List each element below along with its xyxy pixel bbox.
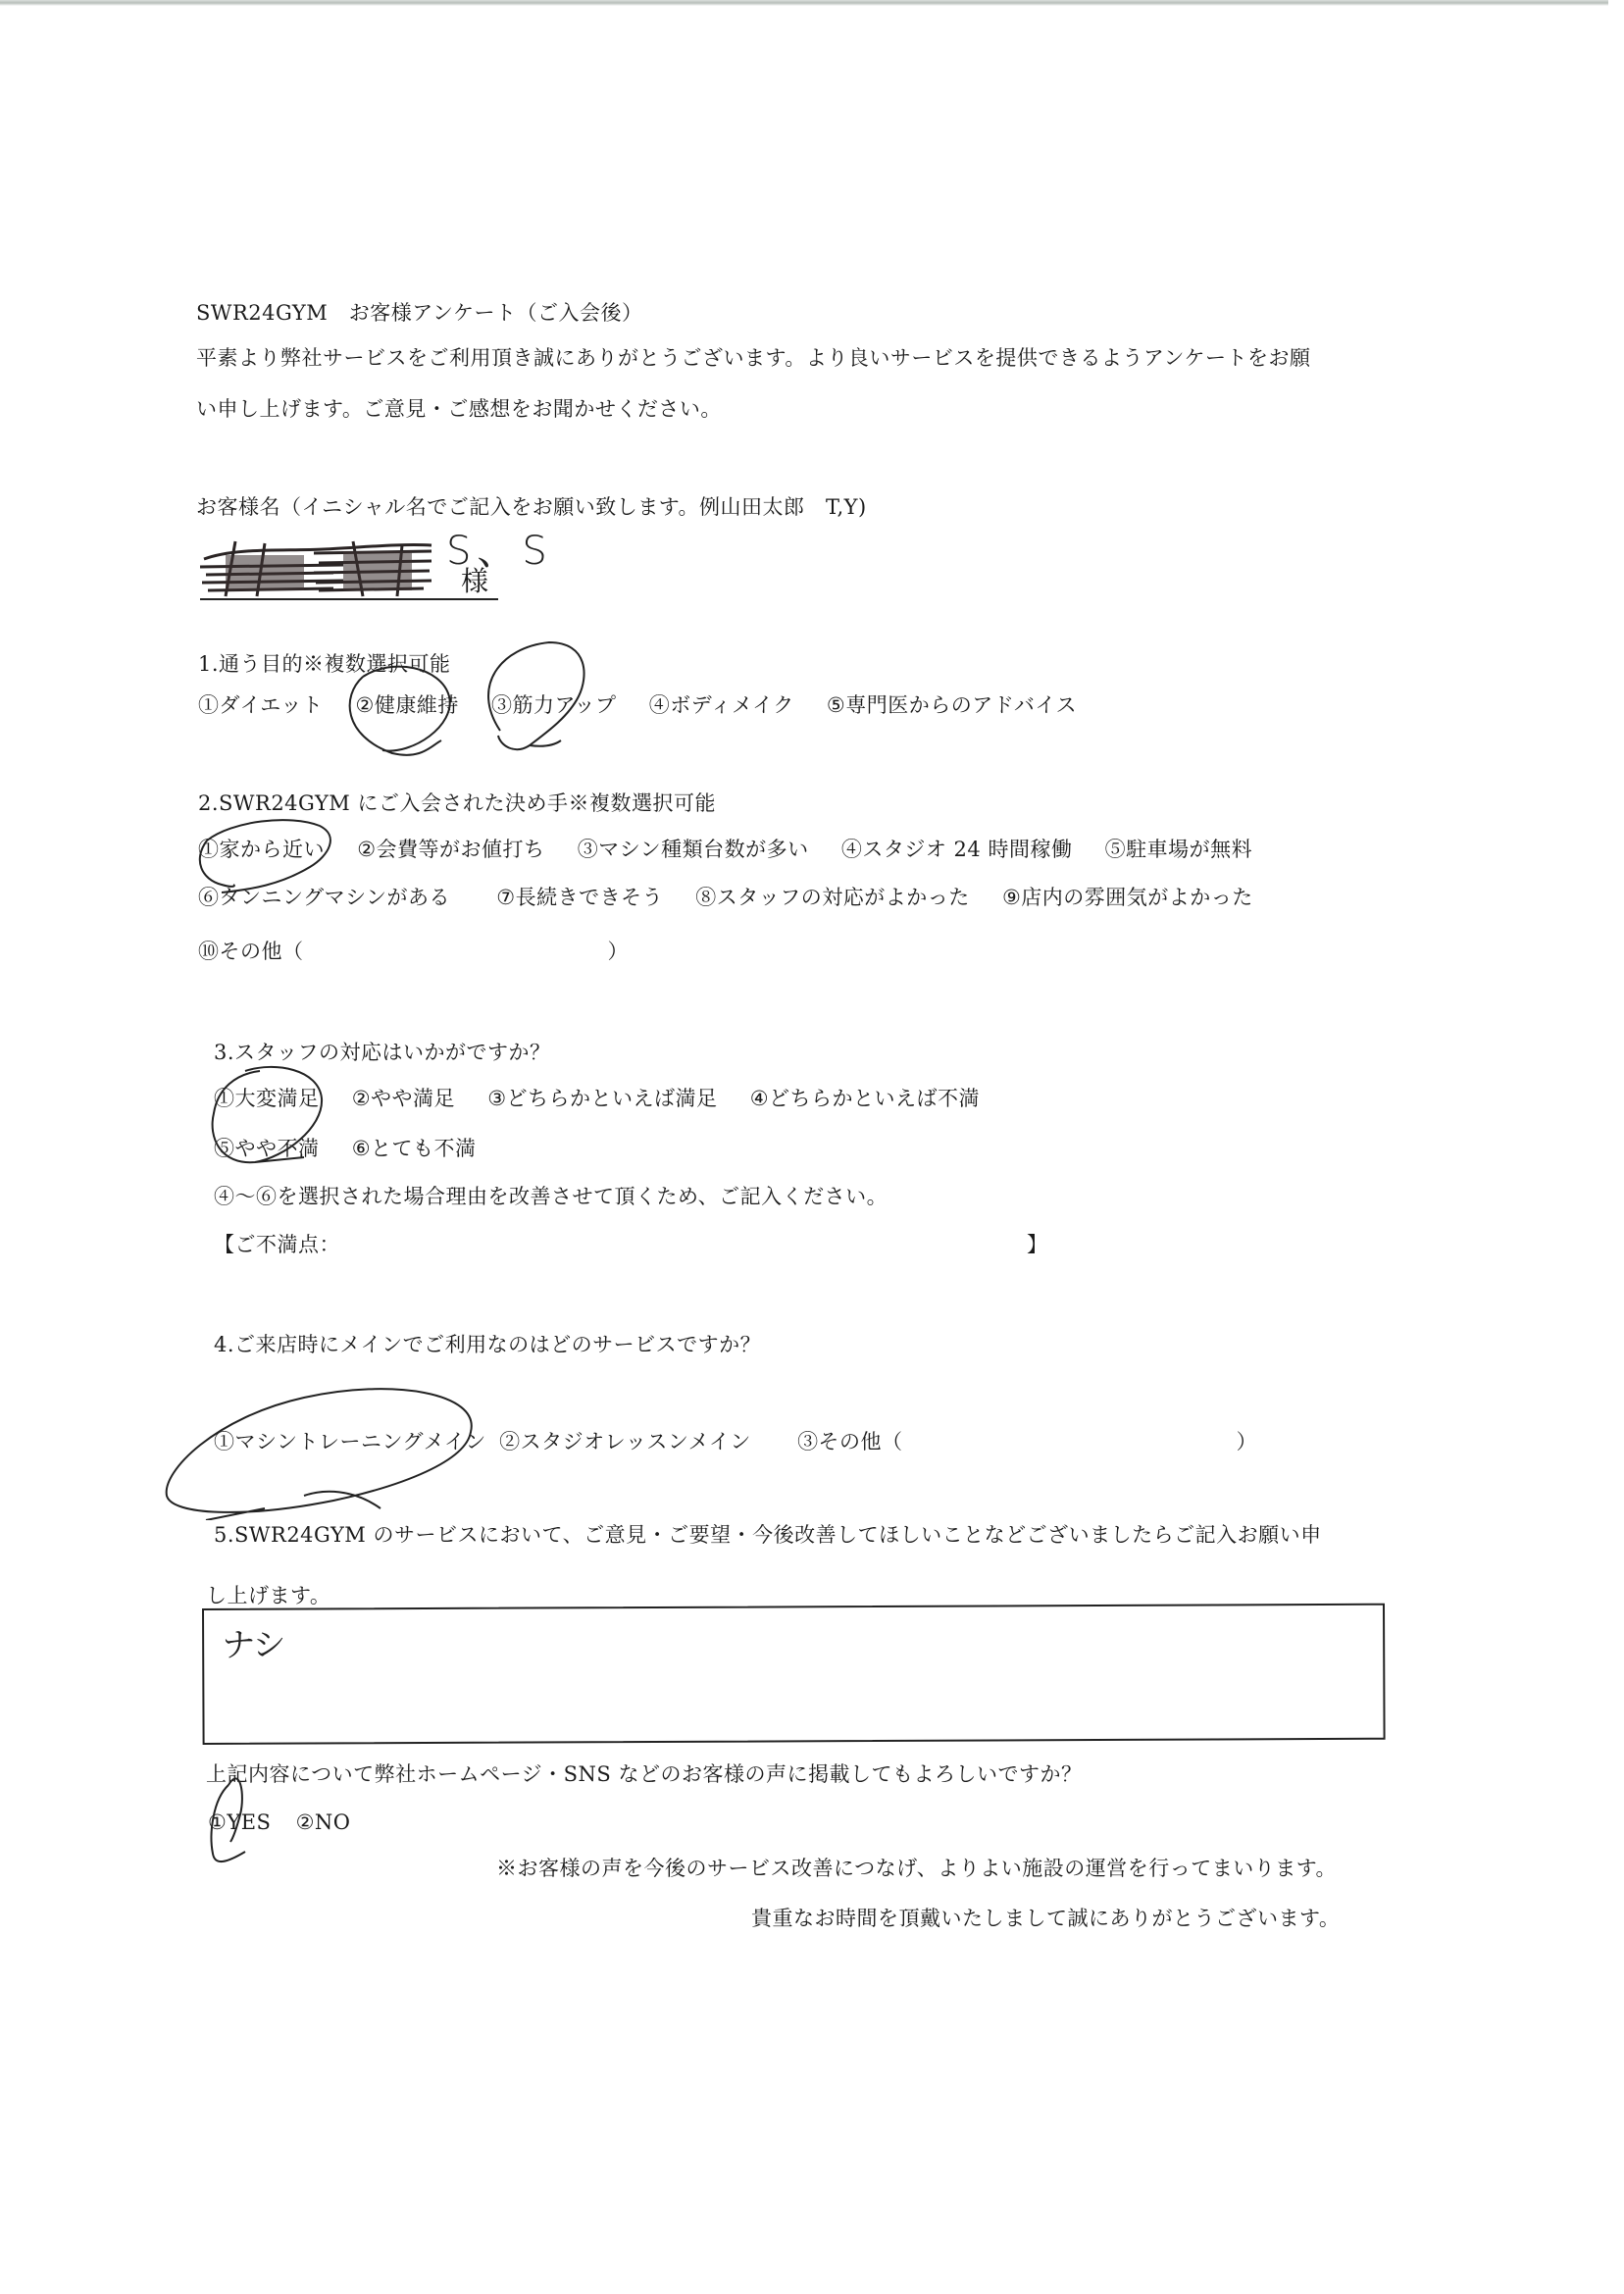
q2-option-3[interactable]: ③マシン種類台数が多い — [578, 838, 809, 861]
q1-option-5[interactable]: ⑤専門医からのアドバイス — [827, 693, 1077, 717]
q2-other-label: ⑩その他（ — [198, 940, 304, 963]
q3-note: ④～⑥を選択された場合理由を改善させて頂くため、ご記入ください。 — [214, 1184, 888, 1209]
q5-answer-text: ナシ — [222, 1618, 284, 1666]
q5-heading-line-2: し上げます。 — [206, 1583, 330, 1608]
q1-option-1[interactable]: ①ダイエット — [198, 693, 323, 717]
q4-option-1[interactable]: ①マシントレーニングメイン — [214, 1430, 486, 1453]
consent-options: ①YES ②NO — [208, 1810, 351, 1835]
q2-option-8[interactable]: ⑧スタッフの対応がよかった — [695, 886, 970, 909]
intro-line-1: 平素より弊社サービスをご利用頂き誠にありがとうございます。より良いサービスを提供… — [196, 345, 1311, 371]
q2-row-2: ⑥タンニングマシンがある ⑦長続きできそう ⑧スタッフの対応がよかった ⑨店内の… — [198, 885, 1279, 910]
q2-option-1[interactable]: ①家から近い — [198, 838, 325, 861]
name-underline — [200, 598, 498, 600]
intro-line-2: い申し上げます。ご意見・ご感想をお聞かせください。 — [196, 396, 722, 422]
q3-complaint: 【ご不満点：】 — [214, 1232, 1048, 1257]
q2-option-4[interactable]: ④スタジオ 24 時間稼働 — [841, 838, 1073, 861]
q3-option-6[interactable]: ⑥とても不満 — [352, 1137, 477, 1160]
consent-option-no[interactable]: ②NO — [296, 1810, 351, 1834]
q2-option-7[interactable]: ⑦長続きできそう — [496, 886, 663, 909]
q4-option-2[interactable]: ②スタジオレッスンメイン — [499, 1430, 751, 1453]
q4-options: ①マシントレーニングメイン ②スタジオレッスンメイン ③その他（） — [214, 1429, 1257, 1454]
q4-heading: 4.ご来店時にメインでご利用なのはどのサービスですか？ — [214, 1332, 761, 1357]
q4-other-close: ） — [1237, 1430, 1258, 1453]
q4-other-label: ③その他（ — [797, 1430, 903, 1453]
consent-question: 上記内容について弊社ホームページ・SNS などのお客様の声に掲載してもよろしいで… — [206, 1761, 1082, 1787]
q5-answer-box[interactable]: ナシ — [202, 1604, 1386, 1745]
q3-option-2[interactable]: ②やや満足 — [352, 1087, 455, 1110]
q3-option-1[interactable]: ①大変満足 — [214, 1087, 320, 1110]
q2-other: ⑩その他（） — [198, 939, 629, 964]
honorific-sama: 様 — [461, 567, 489, 596]
q5-heading-line-1: 5.SWR24GYM のサービスにおいて、ご意見・ご要望・今後改善してほしいこと… — [214, 1522, 1322, 1548]
q3-heading: 3.スタッフの対応はいかがですか？ — [214, 1040, 551, 1065]
q2-heading: 2.SWR24GYM にご入会された決め手※複数選択可能 — [198, 790, 716, 816]
q3-complaint-label: 【ご不満点： — [214, 1233, 340, 1256]
q2-option-2[interactable]: ②会費等がお値打ち — [357, 838, 544, 861]
q2-option-6[interactable]: ⑥タンニングマシンがある — [198, 886, 450, 909]
customer-name-label: お客様名（イニシャル名でご記入をお願い致します。例山田太郎 T,Y) — [196, 494, 867, 520]
scan-edge — [0, 0, 1608, 6]
q2-row-1: ①家から近い ②会費等がお値打ち ③マシン種類台数が多い ④スタジオ 24 時間… — [198, 837, 1278, 862]
q1-options: ①ダイエット ②健康維持 ③筋力アップ ④ボディメイク ⑤専門医からのアドバイス — [198, 692, 1102, 718]
q1-heading: 1.通う目的※複数選択可能 — [198, 651, 451, 677]
q3-row-1: ①大変満足 ②やや満足 ③どちらかといえば満足 ④どちらかといえば不満 — [214, 1086, 1005, 1111]
q1-option-2[interactable]: ②健康維持 — [356, 693, 459, 717]
q2-other-close: ） — [608, 940, 630, 963]
q3-row-2: ⑤やや不満 ⑥とても不満 — [214, 1136, 502, 1161]
q3-option-4[interactable]: ④どちらかといえば不満 — [750, 1087, 980, 1110]
q3-complaint-close: 】 — [1027, 1233, 1048, 1256]
closing-line-2: 貴重なお時間を頂戴いたしまして誠にありがとうございます。 — [751, 1906, 1340, 1931]
q1-option-4[interactable]: ④ボディメイク — [649, 693, 794, 717]
q3-option-5[interactable]: ⑤やや不満 — [214, 1137, 320, 1160]
q1-option-3[interactable]: ③筋力アップ — [491, 693, 617, 717]
q3-option-3[interactable]: ③どちらかといえば満足 — [487, 1087, 717, 1110]
redacted-name-scribble — [196, 537, 441, 598]
q2-option-9[interactable]: ⑨店内の雰囲気がよかった — [1002, 886, 1253, 909]
closing-line-1: ※お客様の声を今後のサービス改善につなげ、よりよい施設の運営を行ってまいります。 — [496, 1856, 1337, 1881]
q2-option-5[interactable]: ⑤駐車場が無料 — [1105, 838, 1253, 861]
survey-title: SWR24GYM お客様アンケート（ご入会後） — [196, 300, 643, 326]
consent-option-yes[interactable]: ①YES — [208, 1810, 271, 1834]
